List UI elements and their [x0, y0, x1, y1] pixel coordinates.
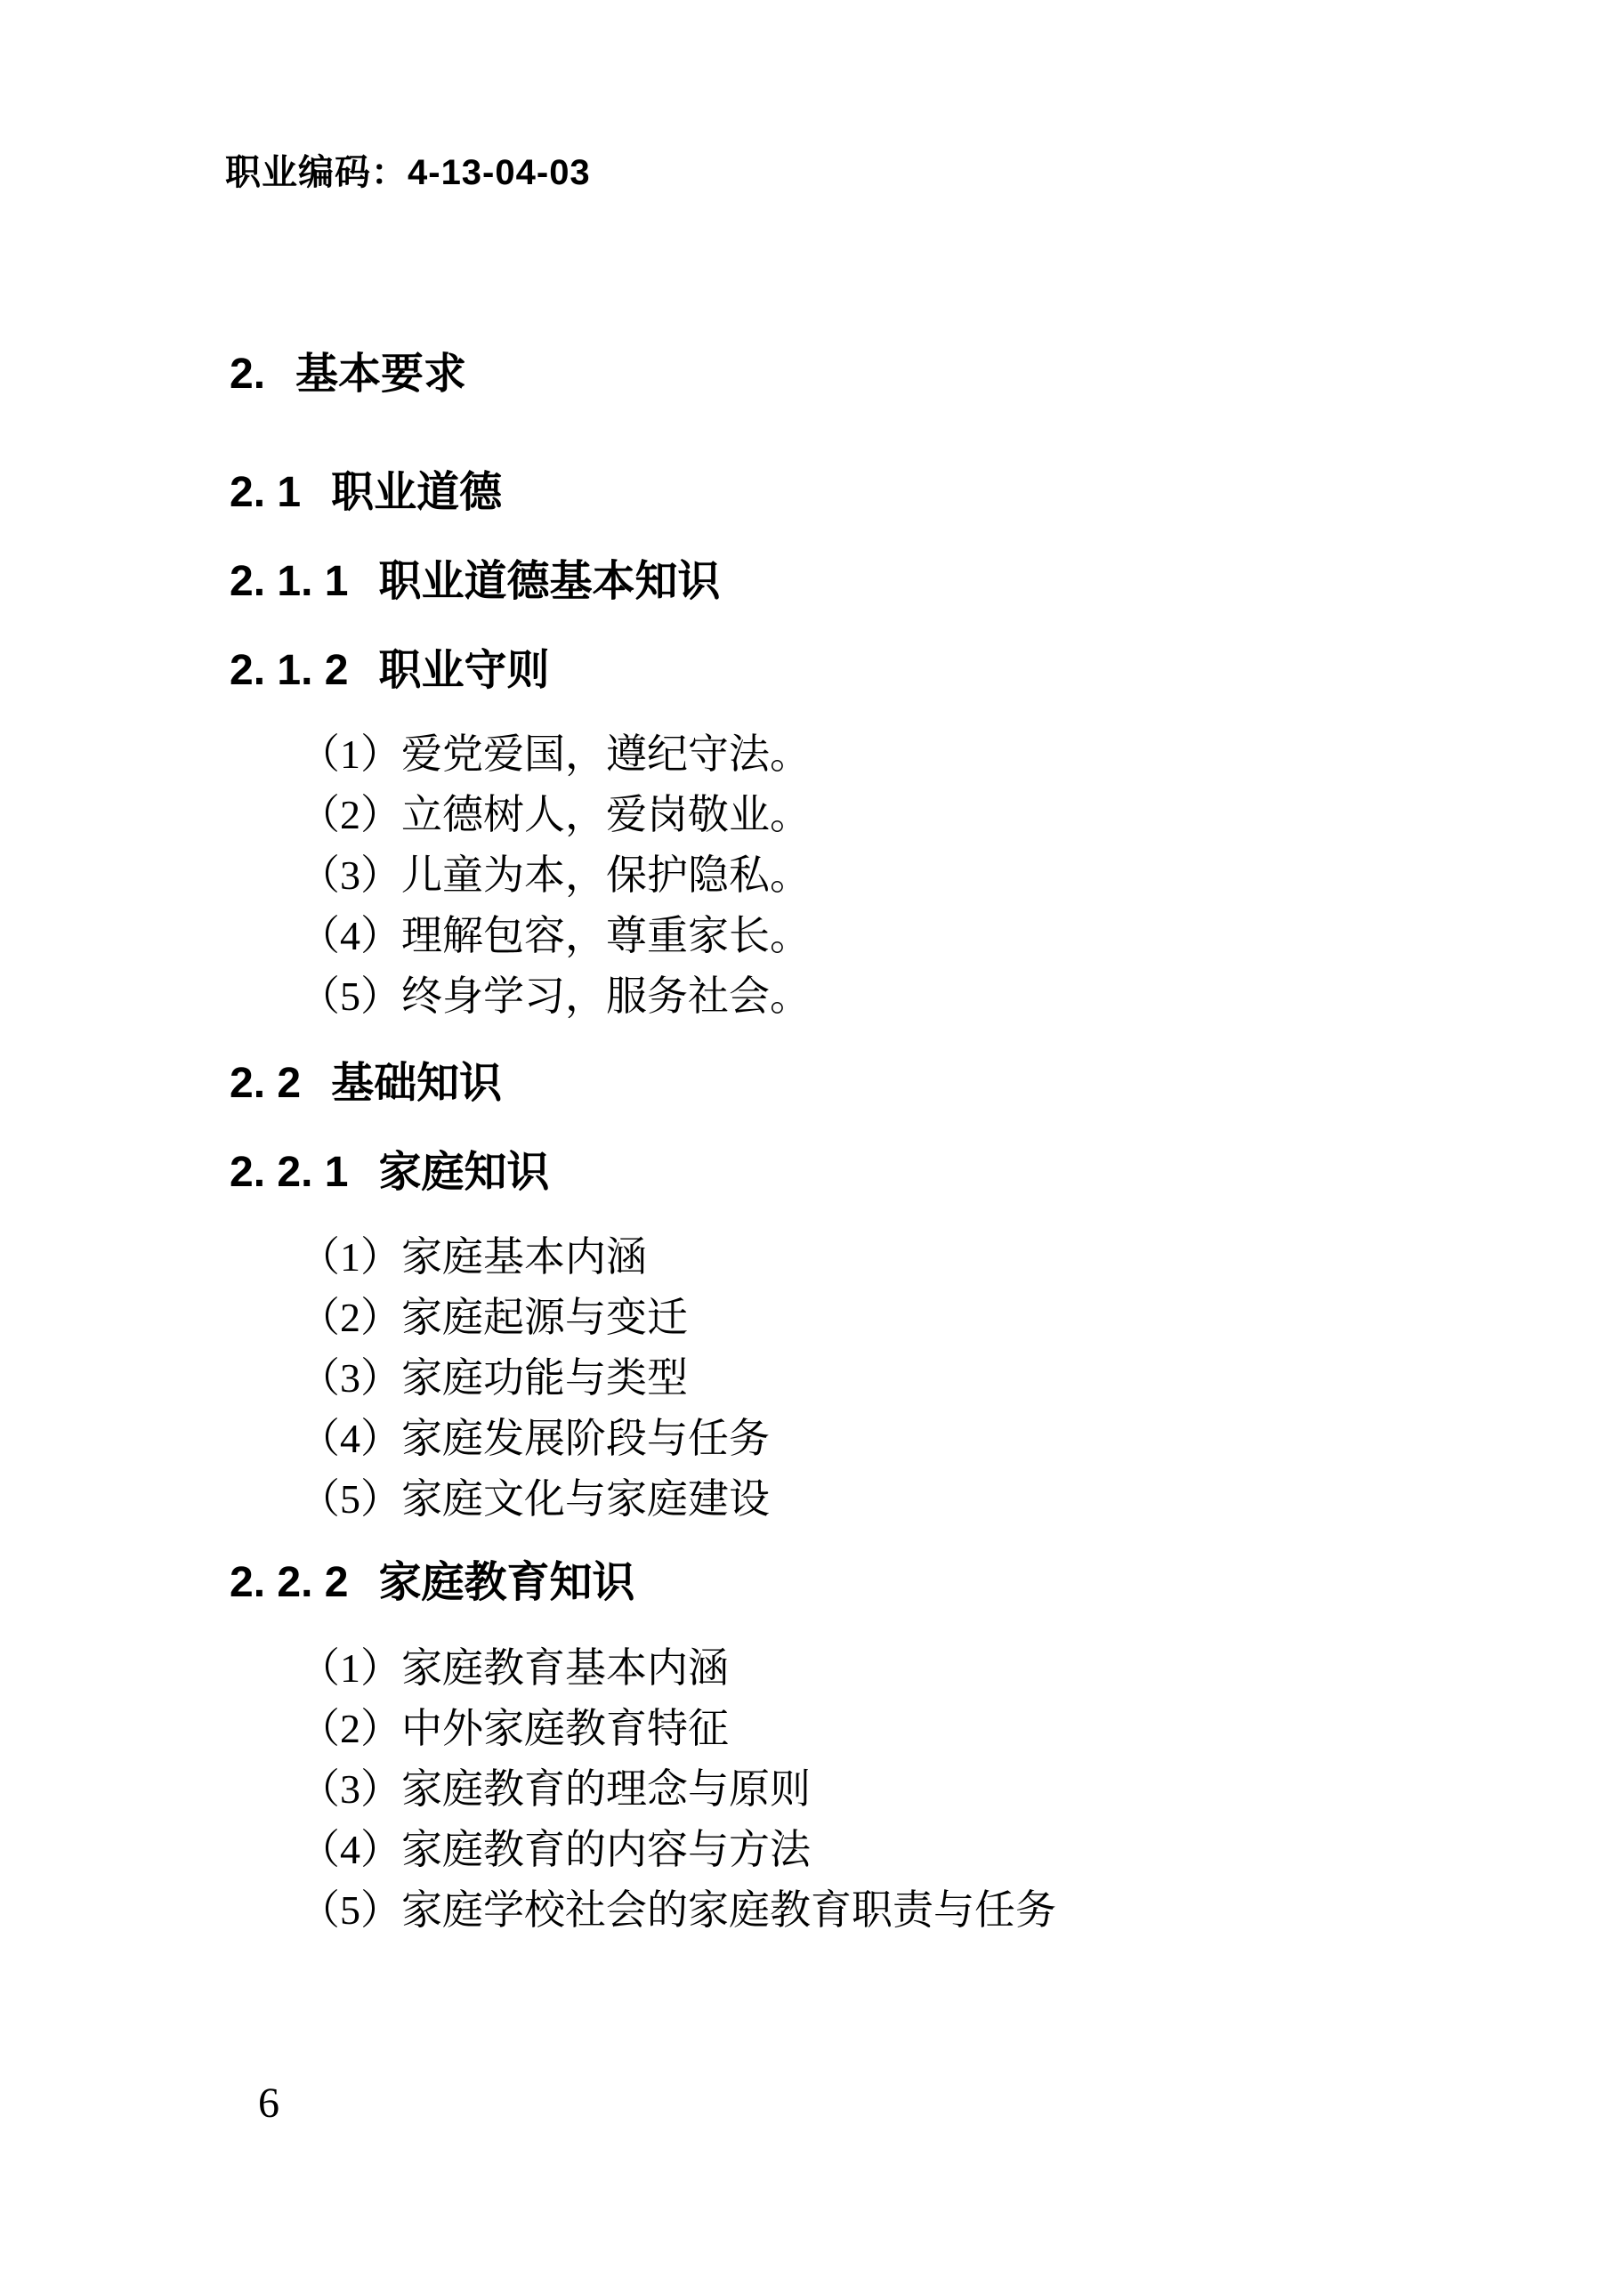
section-heading-2-2: 2. 2 基础知识: [230, 1062, 502, 1105]
section-title: 家庭知识: [378, 1151, 549, 1194]
page-number: 6: [258, 2082, 279, 2125]
occupational-rules-list: （1）爱党爱国，遵纪守法。 （2）立德树人，爱岗敬业。 （3）儿童为本，保护隐私…: [299, 724, 811, 1027]
list-item: （1）家庭基本内涵: [299, 1227, 770, 1288]
family-education-knowledge-list: （1）家庭教育基本内涵 （2）中外家庭教育特征 （3）家庭教育的理念与原则 （4…: [299, 1638, 1056, 1941]
section-heading-2-1-1: 2. 1. 1 职业道德基本知识: [230, 561, 720, 603]
section-title: 基本要求: [295, 353, 466, 396]
section-heading-2-2-1: 2. 2. 1 家庭知识: [230, 1151, 549, 1194]
document-page: 职业编码：4-13-04-03 2. 基本要求 2. 1 职业道德 2. 1. …: [0, 0, 1624, 2278]
list-item: （2）立德树人，爱岗敬业。: [299, 785, 811, 845]
section-title: 职业道德: [331, 472, 502, 514]
section-number: 2. 1. 1: [230, 561, 348, 603]
list-item: （1）爱党爱国，遵纪守法。: [299, 724, 811, 785]
list-item: （5）家庭文化与家庭建设: [299, 1469, 770, 1530]
section-title: 家庭教育知识: [378, 1562, 634, 1604]
section-number: 2. 2: [230, 1062, 301, 1105]
list-item: （2）家庭起源与变迁: [299, 1288, 770, 1348]
section-heading-2-1-2: 2. 1. 2 职业守则: [230, 650, 549, 692]
section-heading-2: 2. 基本要求: [230, 353, 466, 396]
list-item: （4）理解包容，尊重家长。: [299, 906, 811, 966]
list-item: （5）家庭学校社会的家庭教育职责与任务: [299, 1880, 1056, 1941]
section-heading-2-1: 2. 1 职业道德: [230, 472, 502, 514]
section-title: 基础知识: [331, 1062, 502, 1105]
section-title: 职业道德基本知识: [378, 561, 720, 603]
section-number: 2. 2. 1: [230, 1151, 348, 1194]
list-item: （1）家庭教育基本内涵: [299, 1638, 1056, 1699]
occupation-code-header: 职业编码：4-13-04-03: [225, 155, 591, 190]
list-item: （3）家庭功能与类型: [299, 1348, 770, 1409]
list-item: （4）家庭发展阶段与任务: [299, 1409, 770, 1469]
section-number: 2. 1: [230, 472, 301, 514]
section-heading-2-2-2: 2. 2. 2 家庭教育知识: [230, 1562, 634, 1604]
section-number: 2. 1. 2: [230, 650, 348, 692]
list-item: （5）终身学习，服务社会。: [299, 966, 811, 1027]
list-item: （3）家庭教育的理念与原则: [299, 1759, 1056, 1820]
section-number: 2.: [230, 353, 265, 396]
section-number: 2. 2. 2: [230, 1562, 348, 1604]
list-item: （2）中外家庭教育特征: [299, 1699, 1056, 1759]
list-item: （4）家庭教育的内容与方法: [299, 1820, 1056, 1880]
family-knowledge-list: （1）家庭基本内涵 （2）家庭起源与变迁 （3）家庭功能与类型 （4）家庭发展阶…: [299, 1227, 770, 1530]
section-title: 职业守则: [378, 650, 549, 692]
list-item: （3）儿童为本，保护隐私。: [299, 845, 811, 906]
